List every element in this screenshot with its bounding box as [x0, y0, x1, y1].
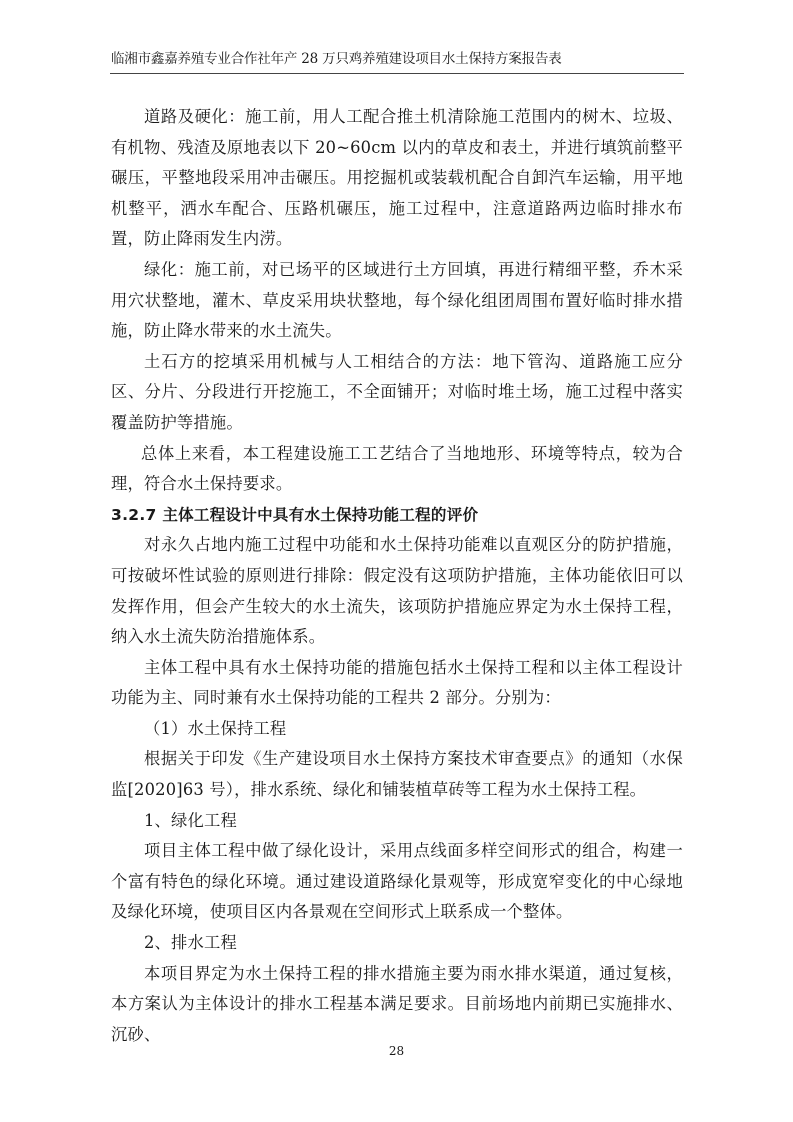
- paragraph-greening: 绿化：施工前，对已场平的区域进行土方回填，再进行精细平整，乔木采用穴状整地，灌木…: [111, 255, 683, 347]
- subheading-soil-water-works: （1）水土保持工程: [111, 714, 683, 745]
- paragraph-earthwork: 土石方的挖填采用机械与人工相结合的方法：地下管沟、道路施工应分区、分片、分段进行…: [111, 347, 683, 439]
- paragraph-greening-design: 项目主体工程中做了绿化设计，采用点线面多样空间形式的组合，构建一个富有特色的绿化…: [111, 836, 683, 928]
- paragraph-drainage-design: 本项目界定为水土保持工程的排水措施主要为雨水排水渠道，通过复核，本方案认为主体设…: [111, 959, 683, 1051]
- document-body: 道路及硬化：施工前，用人工配合推土机清除施工范围内的树木、垃圾、有机物、残渣及原…: [111, 102, 683, 1050]
- paragraph-evaluation-principle: 对永久占地内施工过程中功能和水土保持功能难以直观区分的防护措施，可按破坏性试验的…: [111, 530, 683, 652]
- paragraph-regulation-basis: 根据关于印发《生产建设项目水土保持方案技术审查要点》的通知（水保监[2020]6…: [111, 744, 683, 805]
- paragraph-summary: 总体上来看，本工程建设施工工艺结合了当地地形、环境等特点，较为合理，符合水土保持…: [111, 439, 683, 500]
- section-heading: 3.2.7 主体工程设计中具有水土保持功能工程的评价: [111, 500, 683, 531]
- paragraph-road-hardening: 道路及硬化：施工前，用人工配合推土机清除施工范围内的树木、垃圾、有机物、残渣及原…: [111, 102, 683, 255]
- page-number: 28: [0, 1044, 793, 1058]
- subheading-greening-works: 1、绿化工程: [111, 806, 683, 837]
- header-divider: [110, 73, 684, 74]
- page-header-title: 临湘市鑫嘉养殖专业合作社年产 28 万只鸡养殖建设项目水土保持方案报告表: [111, 50, 683, 68]
- subheading-drainage-works: 2、排水工程: [111, 928, 683, 959]
- paragraph-measures-overview: 主体工程中具有水土保持功能的措施包括水土保持工程和以主体工程设计功能为主、同时兼…: [111, 653, 683, 714]
